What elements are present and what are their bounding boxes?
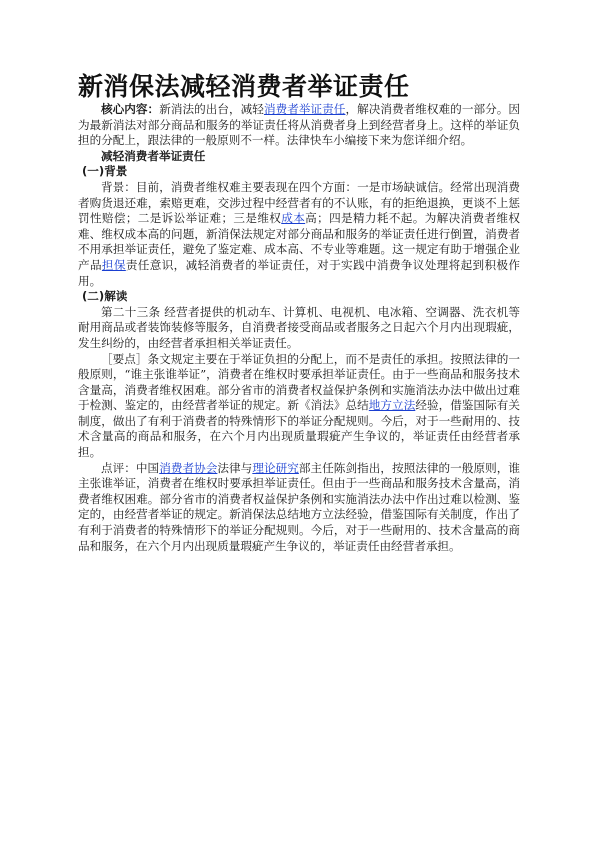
background-heading: (一)背景 [78, 164, 520, 180]
link-consumer-burden-of-proof[interactable]: 消费者举证责任 [264, 102, 345, 116]
comment-paragraph: 点评：中国消费者协会法律与理论研究部主任陈剑指出，按照法律的一般原则，谁主张谁举… [78, 461, 520, 555]
document-page: 新消保法减轻消费者举证责任 核心内容：新消法的出台，减轻消费者举证责任，解决消费… [78, 72, 520, 554]
interpretation-heading: (二)解读 [78, 289, 520, 305]
key-points-paragraph: ［要点］条文规定主要在于举证负担的分配上，而不是责任的承担。按照法律的一般原则，… [78, 352, 520, 461]
background-text: 责任意识，减轻消费者的举证责任，对于实践中消费争议处理将起到积极作用。 [78, 258, 520, 288]
summary-paragraph: 核心内容：新消法的出台，减轻消费者举证责任，解决消费者维权难的一部分。因为最新消… [78, 102, 520, 149]
comment-text: 点评：中国 [101, 461, 159, 475]
link-theory-research[interactable]: 理论研究 [252, 461, 299, 475]
link-local-legislation[interactable]: 地方立法 [369, 398, 416, 412]
link-consumer-association[interactable]: 消费者协会 [159, 461, 217, 475]
page-title: 新消保法减轻消费者举证责任 [78, 72, 520, 102]
background-paragraph: 背景：目前，消费者维权难主要表现在四个方面：一是市场缺诚信。经常出现消费者购货退… [78, 180, 520, 289]
comment-text: 法律与 [217, 461, 252, 475]
section-heading: 减轻消费者举证责任 [78, 149, 520, 165]
summary-label: 核心内容： [101, 102, 159, 116]
link-guarantee[interactable]: 担保 [102, 258, 126, 272]
summary-text: 新消法的出台，减轻 [159, 102, 264, 116]
link-cost[interactable]: 成本 [281, 211, 305, 225]
article-paragraph: 第二十三条 经营者提供的机动车、计算机、电视机、电冰箱、空调器、洗衣机等耐用商品… [78, 305, 520, 352]
